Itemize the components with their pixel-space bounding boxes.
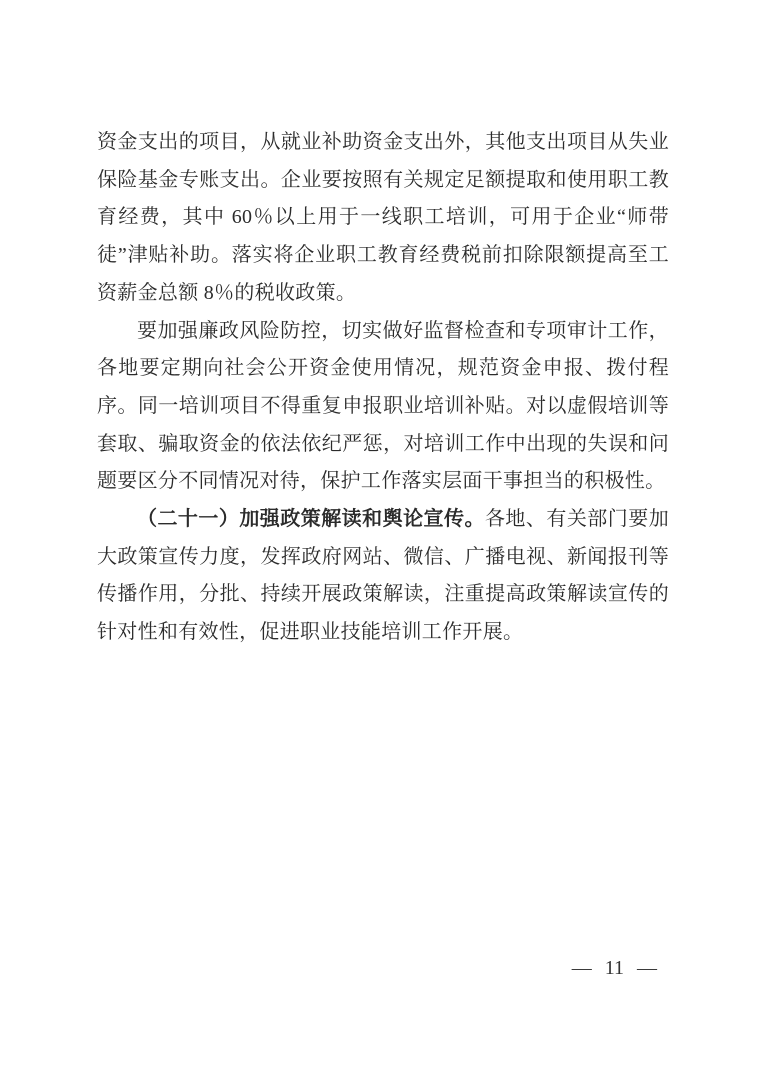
page-footer: — 11 —	[572, 956, 657, 980]
paragraph-supervision: 要加强廉政风险防控，切实做好监督检查和专项审计工作，各地要定期向社会公开资金使用…	[97, 313, 669, 502]
paragraph-funding-continuation: 资金支出的项目，从就业补助资金支出外，其他支出项目从失业保险基金专账支出。企业要…	[97, 124, 669, 313]
paragraph-item-21: （二十一）加强政策解读和舆论宣传。各地、有关部门要加大政策宣传力度，发挥政府网站…	[97, 501, 669, 652]
footer-dash-right: —	[637, 956, 657, 980]
footer-dash-left: —	[572, 956, 592, 980]
document-page: 资金支出的项目，从就业补助资金支出外，其他支出项目从失业保险基金专账支出。企业要…	[0, 0, 764, 1081]
document-body: 资金支出的项目，从就业补助资金支出外，其他支出项目从失业保险基金专账支出。企业要…	[97, 124, 669, 652]
page-number: 11	[605, 956, 624, 980]
section-heading-item-21: （二十一）加强政策解读和舆论宣传。	[137, 508, 485, 530]
